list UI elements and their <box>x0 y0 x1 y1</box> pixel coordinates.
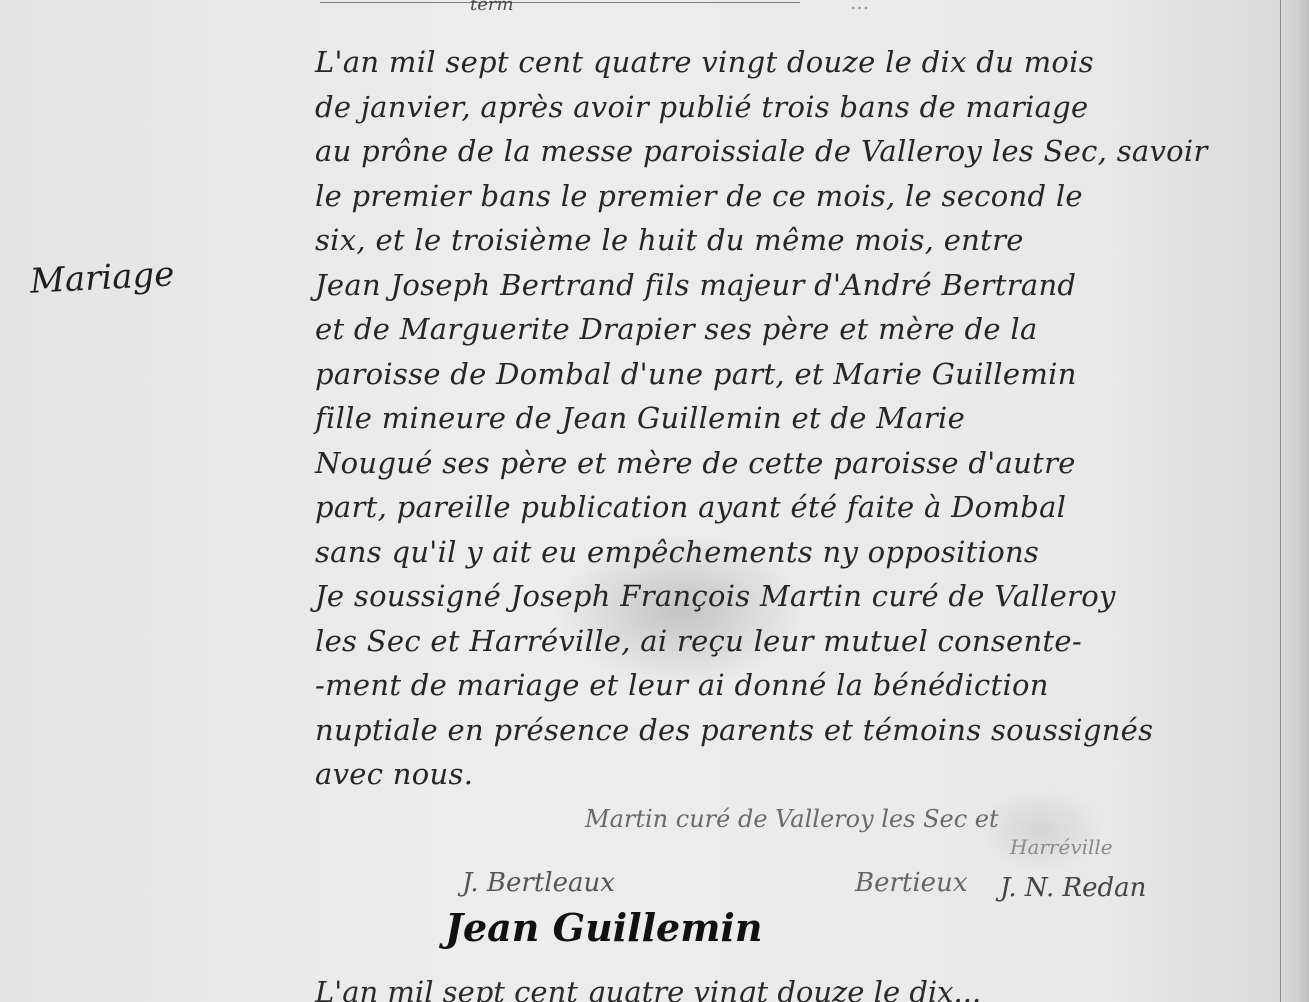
record-line: de janvier, après avoir publié trois ban… <box>315 85 1295 130</box>
record-line: six, et le troisième le huit du même moi… <box>315 218 1295 263</box>
record-line: part, pareille publication ayant été fai… <box>315 485 1295 530</box>
signature-officiant: Martin curé de Valleroy les Sec et <box>585 805 999 833</box>
header-rule <box>320 2 800 3</box>
record-line: Nougué ses père et mère de cette paroiss… <box>315 441 1295 486</box>
header-fragment: term <box>470 0 514 15</box>
record-line: fille mineure de Jean Guillemin et de Ma… <box>315 396 1295 441</box>
record-line: -ment de mariage et leur ai donné la bén… <box>315 663 1295 708</box>
record-line: sans qu'il y ait eu empêchements ny oppo… <box>315 530 1295 575</box>
signature-witness-3: J. N. Redan <box>1000 873 1146 903</box>
signature-witness-1: J. Bertleaux <box>462 868 615 898</box>
record-line: et de Marguerite Drapier ses père et mèr… <box>315 307 1295 352</box>
record-line: avec nous. <box>315 752 1295 797</box>
header-fragment-right: ... <box>850 0 869 14</box>
record-line: Jean Joseph Bertrand fils majeur d'André… <box>315 263 1295 308</box>
page-edge <box>1280 0 1309 1002</box>
record-line: nuptiale en présence des parents et témo… <box>315 708 1295 753</box>
signature-witness-2: Bertieux <box>855 868 967 898</box>
record-line: au prône de la messe paroissiale de Vall… <box>315 129 1295 174</box>
record-line: L'an mil sept cent quatre vingt douze le… <box>315 40 1295 85</box>
record-line: les Sec et Harréville, ai reçu leur mutu… <box>315 619 1295 664</box>
next-entry-fragment: L'an mil sept cent quatre vingt douze le… <box>315 975 981 1002</box>
signature-father-of-bride: Jean Guillemin <box>445 905 762 950</box>
record-line: le premier bans le premier de ce mois, l… <box>315 174 1295 219</box>
margin-title: Mariage <box>29 254 175 302</box>
record-body: L'an mil sept cent quatre vingt douze le… <box>315 40 1295 797</box>
record-line: paroisse de Dombal d'une part, et Marie … <box>315 352 1295 397</box>
record-line: Je soussigné Joseph François Martin curé… <box>315 574 1295 619</box>
register-page: term ... Mariage L'an mil sept cent quat… <box>0 0 1309 1002</box>
signature-officiant-cont: Harréville <box>1010 835 1113 859</box>
